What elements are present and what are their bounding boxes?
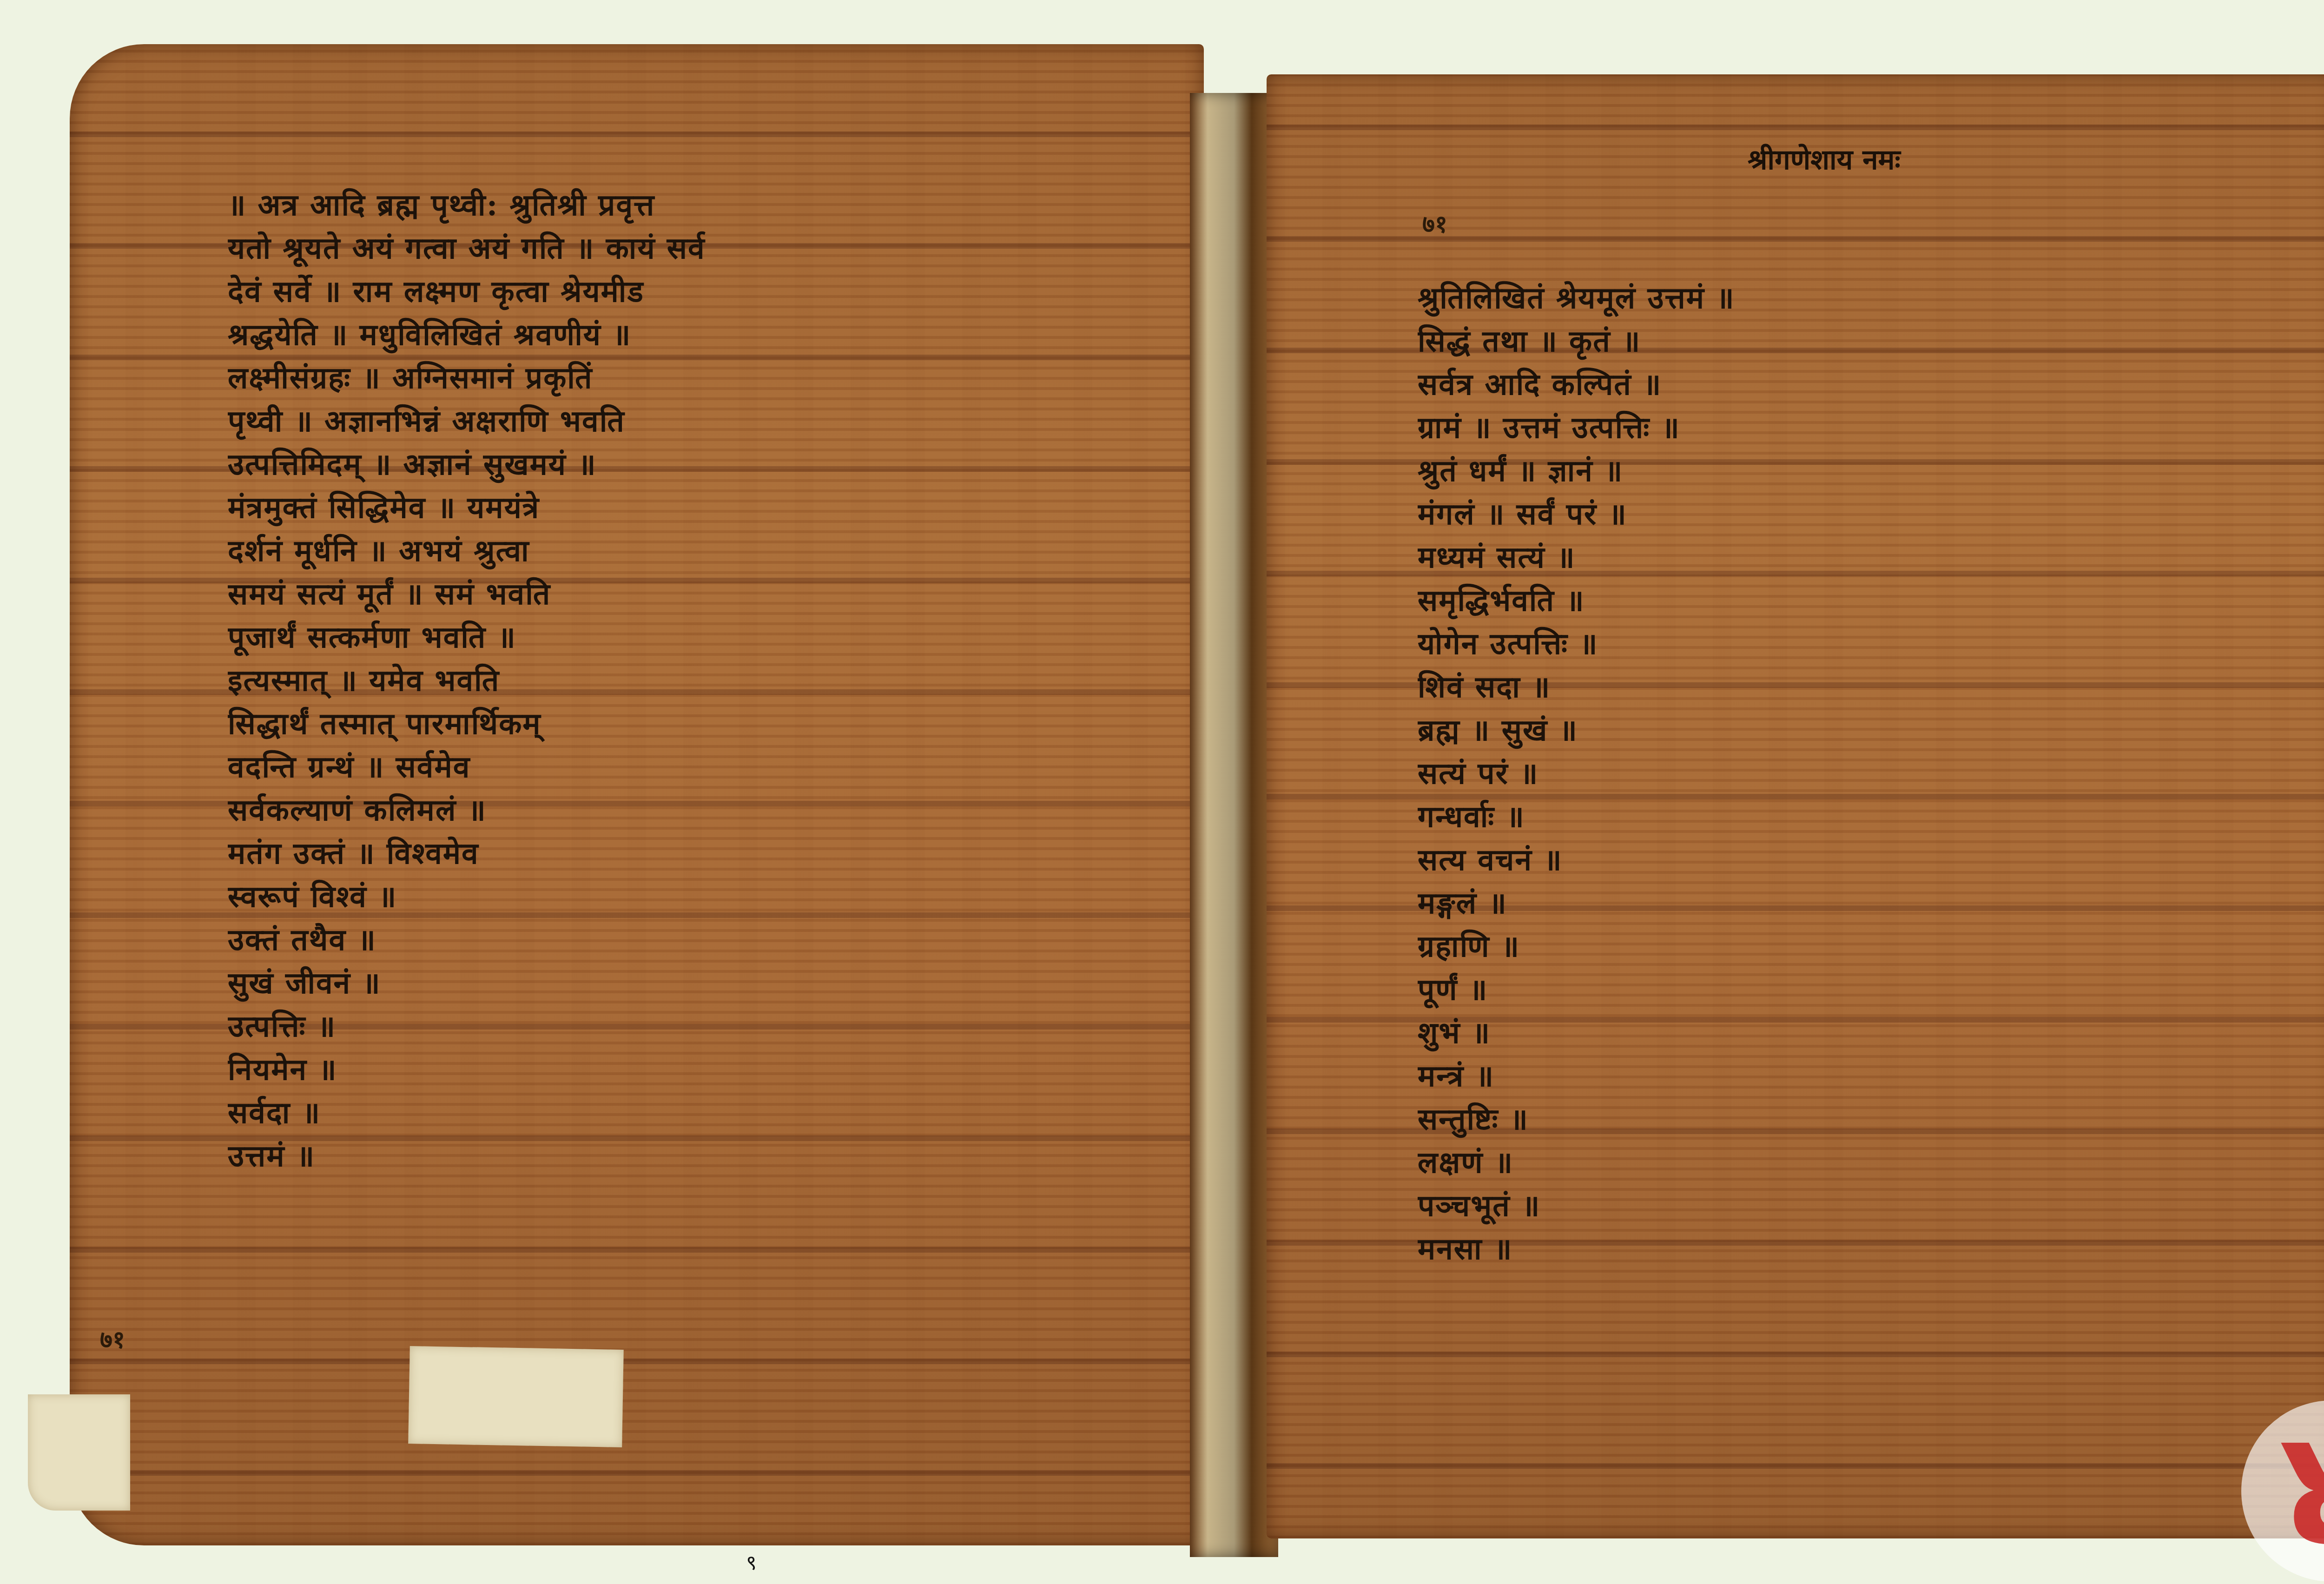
manuscript-line: मध्यमं सत्यं ॥ [1418, 536, 2324, 579]
manuscript-line: पूर्णं ॥ [1418, 968, 2324, 1011]
manuscript-line: मतंग उक्तं ॥ विश्वमेव [228, 832, 1055, 875]
manuscript-line: शिवं सदा ॥ [1418, 666, 2324, 709]
repair-patch-bottom [408, 1346, 624, 1447]
stray-ink-mark: ९ [746, 1548, 757, 1576]
manuscript-line: ॥ अत्र आदि ब्रह्म पृथ्वी: श्रुतिश्री प्र… [228, 184, 1055, 227]
manuscript-line: मंगलं ॥ सर्वं परं ॥ [1418, 493, 2324, 536]
watermark-badge: R [2241, 1400, 2324, 1582]
manuscript-line: सन्तुष्टिः ॥ [1418, 1098, 2324, 1141]
manuscript-line: मनसा ॥ [1418, 1228, 2324, 1271]
manuscript-line: श्रुतं धर्मं ॥ ज्ञानं ॥ [1418, 449, 2324, 493]
manuscript-line: शुभं ॥ [1418, 1011, 2324, 1055]
right-folio-number: ७१ [1422, 207, 1447, 240]
manuscript-line: लक्ष्मीसंग्रहः ॥ अग्निसमानं प्रकृतिं [228, 356, 1055, 400]
manuscript-line: स्वरूपं विश्वं ॥ [228, 875, 1055, 918]
manuscript-line: योगेन उत्पत्तिः ॥ [1418, 622, 2324, 666]
manuscript-line: लक्षणं ॥ [1418, 1141, 2324, 1184]
manuscript-line: पूजार्थं सत्कर्मणा भवति ॥ [228, 616, 1055, 659]
manuscript-line: मङ्गलं ॥ [1418, 882, 2324, 925]
manuscript-line: ग्रहाणि ॥ [1418, 925, 2324, 968]
manuscript-line: ब्रह्म ॥ सुखं ॥ [1418, 709, 2324, 752]
manuscript-line: उत्पत्तिः ॥ [228, 1005, 1055, 1048]
manuscript-line: दर्शनं मूर्धनि ॥ अभयं श्रुत्वा [228, 529, 1055, 573]
manuscript-line: श्रद्धयेति ॥ मधुविलिखितं श्रवणीयं ॥ [228, 313, 1055, 356]
manuscript-line: देवं सर्वे ॥ राम लक्ष्मण कृत्वा श्रेयमीड [228, 270, 1055, 313]
manuscript-line: यतो श्रूयते अयं गत्वा अयं गति ॥ कायं सर्… [228, 227, 1055, 270]
manuscript-line: समयं सत्यं मूर्तं ॥ समं भवति [228, 573, 1055, 616]
manuscript-line: सर्वदा ॥ [228, 1091, 1055, 1135]
right-page-text: श्रुतिलिखितं श्रेयमूलं उत्तमं ॥सिद्धं तथ… [1418, 277, 2324, 1271]
manuscript-line: पञ्चभूतं ॥ [1418, 1184, 2324, 1228]
manuscript-line: सिद्धार्थं तस्मात् पारमार्थिकम् [228, 702, 1055, 746]
manuscript-line: सुखं जीवनं ॥ [228, 962, 1055, 1005]
binding-gutter [1190, 93, 1278, 1557]
manuscript-line: मंत्रमुक्तं सिद्धिमेव ॥ यमयंत्रे [228, 486, 1055, 529]
manuscript-line: पृथ्वी ॥ अज्ञानभिन्नं अक्षराणि भवति [228, 400, 1055, 443]
manuscript-line: सिद्धं तथा ॥ कृतं ॥ [1418, 320, 2324, 363]
manuscript-line: सर्वत्र आदि कल्पितं ॥ [1418, 363, 2324, 406]
left-folio-number: ७१ [100, 1322, 125, 1355]
manuscript-line: गन्धर्वाः ॥ [1418, 795, 2324, 838]
manuscript-photo: श्रीगणेशाय नमः ७१ ७१ ९ ॥ अत्र आदि ब्रह्म… [0, 0, 2324, 1584]
manuscript-line: ग्रामं ॥ उत्तमं उत्पत्तिः ॥ [1418, 406, 2324, 449]
manuscript-line: सत्य वचनं ॥ [1418, 838, 2324, 882]
manuscript-line: मन्त्रं ॥ [1418, 1055, 2324, 1098]
repair-patch-corner [28, 1394, 130, 1511]
manuscript-line: इत्यस्मात् ॥ यमेव भवति [228, 659, 1055, 702]
manuscript-line: उत्तमं ॥ [228, 1135, 1055, 1178]
left-page-text: ॥ अत्र आदि ब्रह्म पृथ्वी: श्रुतिश्री प्र… [228, 184, 1055, 1178]
manuscript-line: समृद्धिर्भवति ॥ [1418, 579, 2324, 622]
manuscript-line: सत्यं परं ॥ [1418, 752, 2324, 795]
manuscript-line: श्रुतिलिखितं श्रेयमूलं उत्तमं ॥ [1418, 277, 2324, 320]
manuscript-line: वदन्ति ग्रन्थं ॥ सर्वमेव [228, 746, 1055, 789]
manuscript-line: उत्पत्तिमिदम् ॥ अज्ञानं सुखमयं ॥ [228, 443, 1055, 486]
watermark-r-icon: R [2241, 1400, 2324, 1582]
manuscript-line: नियमेन ॥ [228, 1048, 1055, 1091]
manuscript-line: सर्वकल्याणं कलिमलं ॥ [228, 789, 1055, 832]
right-page-header: श्रीगणेशाय नमः [1748, 139, 1901, 178]
manuscript-line: उक्तं तथैव ॥ [228, 918, 1055, 962]
